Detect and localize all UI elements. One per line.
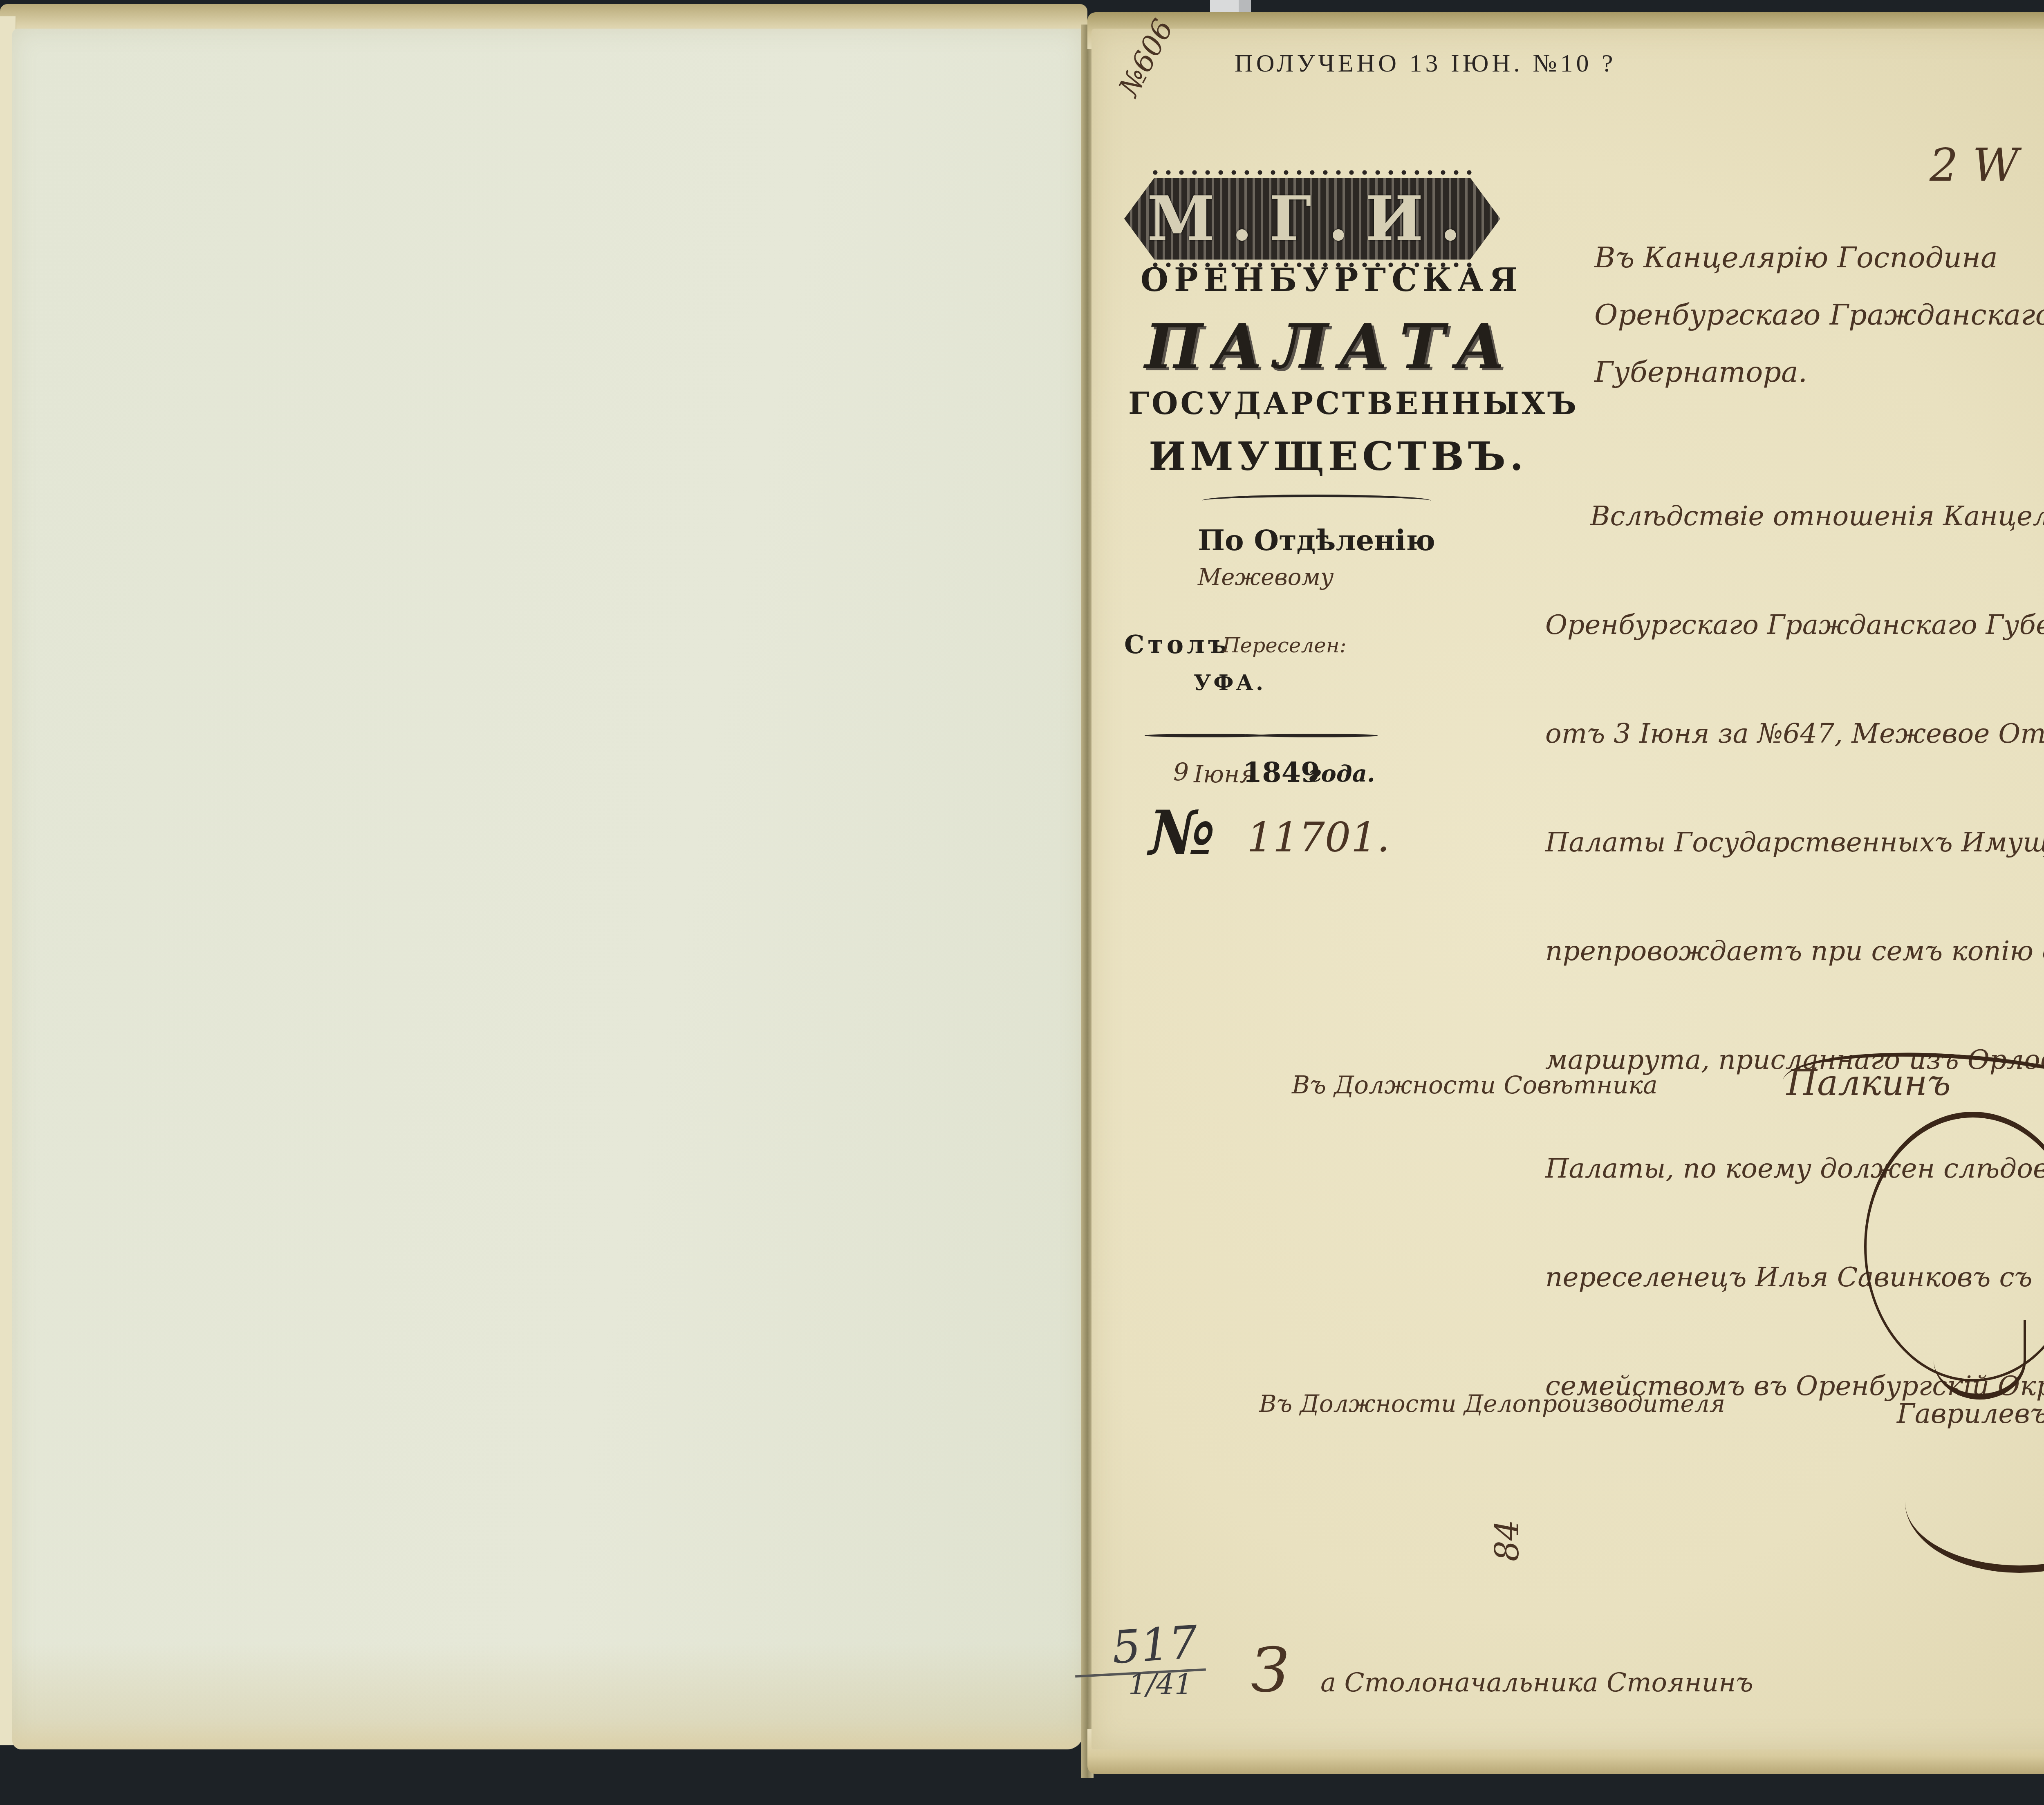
department-value: Межевому <box>1198 564 1334 591</box>
pencil-denominator: 1/41 <box>1128 1668 1192 1701</box>
table-value: Переселен: <box>1222 634 1347 657</box>
side-number: 84 <box>1488 1520 1526 1561</box>
bottom-note: а Столоначальника Стоянинъ <box>1320 1668 1753 1698</box>
signature2-top-flourish <box>1934 1320 2026 1400</box>
emblem-letters: М.Г.И. <box>1147 183 1477 255</box>
letterhead-emblem: М.Г.И. <box>1112 168 1513 270</box>
date-day: 9 <box>1173 758 1189 787</box>
number-sign: № <box>1149 797 1215 869</box>
org-name-line4: ИМУЩЕСТВЪ. <box>1149 433 1527 479</box>
received-stamp: ПОЛУЧЕНО 13 ІЮН. №10 ? <box>1235 49 1616 78</box>
emblem-plate: М.Г.И. <box>1124 178 1500 260</box>
org-name-line2: ПАЛАТА <box>1145 311 1516 383</box>
table-label: Столъ <box>1124 629 1230 659</box>
rule-right <box>1255 734 1378 737</box>
script-initial: З <box>1251 1635 1289 1706</box>
signature2-title: Въ Должности Делопроизводителя <box>1259 1390 1725 1418</box>
emblem-dots-top <box>1149 169 1476 176</box>
registration-mark: 2 W <box>1930 139 2019 191</box>
city: УФА. <box>1194 670 1266 695</box>
pencil-number: 517 <box>1110 1616 1199 1674</box>
ornament-divider <box>1202 495 1431 507</box>
signature1-title: Въ Должности Совѣтника <box>1292 1071 1658 1100</box>
letter-addressee: Въ Канцелярію Господина Оренбургскаго Гр… <box>1594 229 2044 401</box>
date-suffix: года. <box>1308 760 1375 787</box>
document-scan: ПОЛУЧЕНО 13 ІЮН. №10 ? 14 №606 2 W М.Г.И… <box>0 0 2044 1805</box>
org-name-line3: ГОСУДАРСТВЕННЫХЪ <box>1128 386 1579 421</box>
org-name-line1: ОРЕНБУРГСКАЯ <box>1141 262 1523 299</box>
signature2-name: Гаврилевъ <box>1897 1398 2044 1429</box>
left-page-blank <box>12 29 1083 1749</box>
department-label: По Отдѣленію <box>1198 523 1435 557</box>
outgoing-number: 11701. <box>1247 813 1390 861</box>
rule-left <box>1145 734 1267 737</box>
